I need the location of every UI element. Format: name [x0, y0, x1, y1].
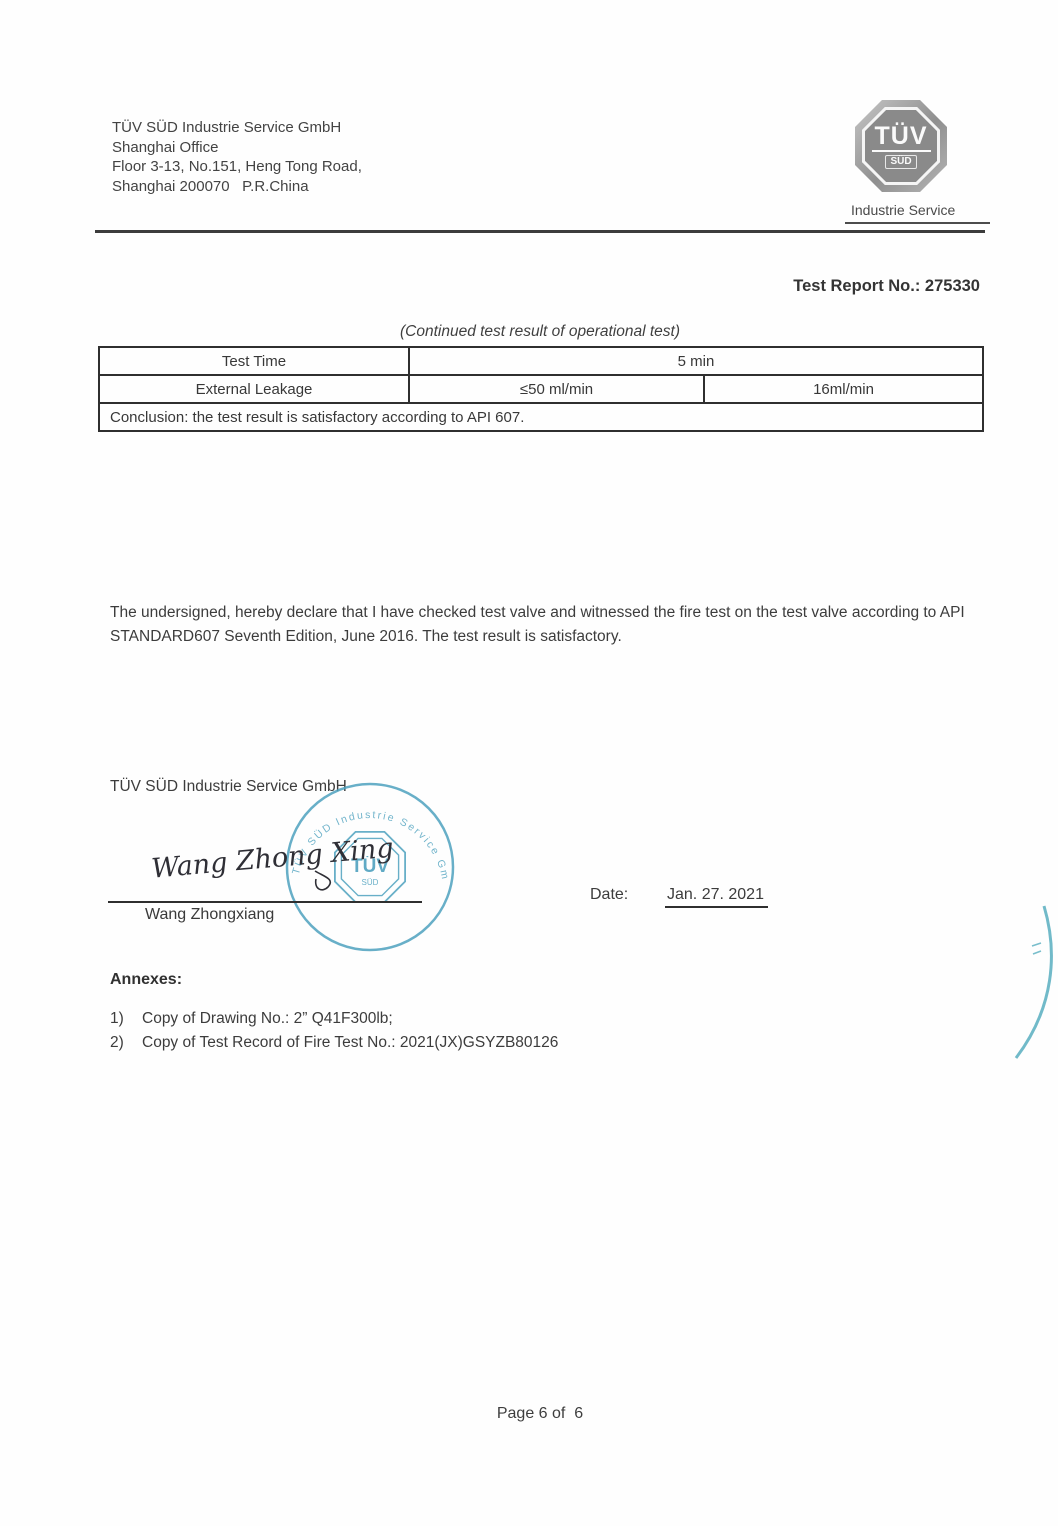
signer-name: Wang Zhongxiang — [145, 906, 274, 924]
test-result-table: Test Time 5 min External Leakage ≤50 ml/… — [98, 346, 984, 432]
company-address-block: TÜV SÜD Industrie Service GmbH Shanghai … — [112, 118, 362, 196]
stamp-sud-text: SÜD — [362, 878, 379, 887]
external-leakage-label: External Leakage — [99, 375, 409, 403]
external-leakage-requirement: ≤50 ml/min — [409, 375, 704, 403]
external-leakage-result: 16ml/min — [704, 375, 983, 403]
table-row: Test Time 5 min — [99, 347, 983, 375]
test-time-value: 5 min — [409, 347, 983, 375]
annex-item-1: 1)Copy of Drawing No.: 2” Q41F300lb; — [110, 1010, 393, 1028]
logo-tuv-text: TÜV — [872, 124, 931, 152]
stamp-tuv-text: TÜV — [351, 856, 389, 877]
address-line-2: Shanghai Office — [112, 138, 362, 158]
date-value: Jan. 27. 2021 — [665, 886, 768, 908]
annex-item-number: 2) — [110, 1034, 142, 1052]
report-number: Test Report No.: 275330 — [793, 277, 980, 296]
logo-octagon-icon: TÜV SÜD — [855, 100, 947, 192]
annex-item-2: 2)Copy of Test Record of Fire Test No.: … — [110, 1034, 558, 1052]
table-row: Conclusion: the test result is satisfact… — [99, 403, 983, 431]
conclusion-text: Conclusion: the test result is satisfact… — [99, 403, 983, 431]
edge-stamp-arc-icon — [1002, 898, 1058, 1063]
signature-and-stamp: TÜV SÜD Industrie Service GmbH TÜV SÜD W… — [100, 775, 480, 975]
date-label: Date: — [590, 886, 628, 904]
table-caption: (Continued test result of operational te… — [98, 323, 982, 341]
logo-caption: Industrie Service — [851, 202, 951, 218]
annex-item-number: 1) — [110, 1010, 142, 1028]
address-line-3: Floor 3-13, No.151, Heng Tong Road, — [112, 157, 362, 177]
page-number: Page 6 of 6 — [98, 1405, 982, 1423]
logo-underline — [845, 222, 990, 224]
address-line-4: Shanghai 200070 P.R.China — [112, 177, 362, 197]
annex-item-text: Copy of Test Record of Fire Test No.: 20… — [142, 1034, 558, 1051]
signature-line — [108, 901, 422, 903]
signature-company-name: TÜV SÜD Industrie Service GmbH — [110, 778, 347, 796]
logo-sud-text: SÜD — [885, 155, 916, 169]
annex-item-text: Copy of Drawing No.: 2” Q41F300lb; — [142, 1010, 393, 1027]
tuv-sud-logo: TÜV SÜD Industrie Service — [851, 100, 951, 218]
header-divider — [95, 230, 985, 233]
stamp-icon — [287, 784, 453, 950]
handwritten-signature: Wang Zhong Xing — [150, 833, 395, 885]
test-time-label: Test Time — [99, 347, 409, 375]
declaration-paragraph: The undersigned, hereby declare that I h… — [110, 601, 986, 649]
signature-flourish — [315, 871, 330, 890]
document-page: TÜV SÜD Industrie Service GmbH Shanghai … — [0, 0, 1058, 1526]
address-line-1: TÜV SÜD Industrie Service GmbH — [112, 118, 362, 138]
annexes-title: Annexes: — [110, 971, 182, 989]
table-row: External Leakage ≤50 ml/min 16ml/min — [99, 375, 983, 403]
